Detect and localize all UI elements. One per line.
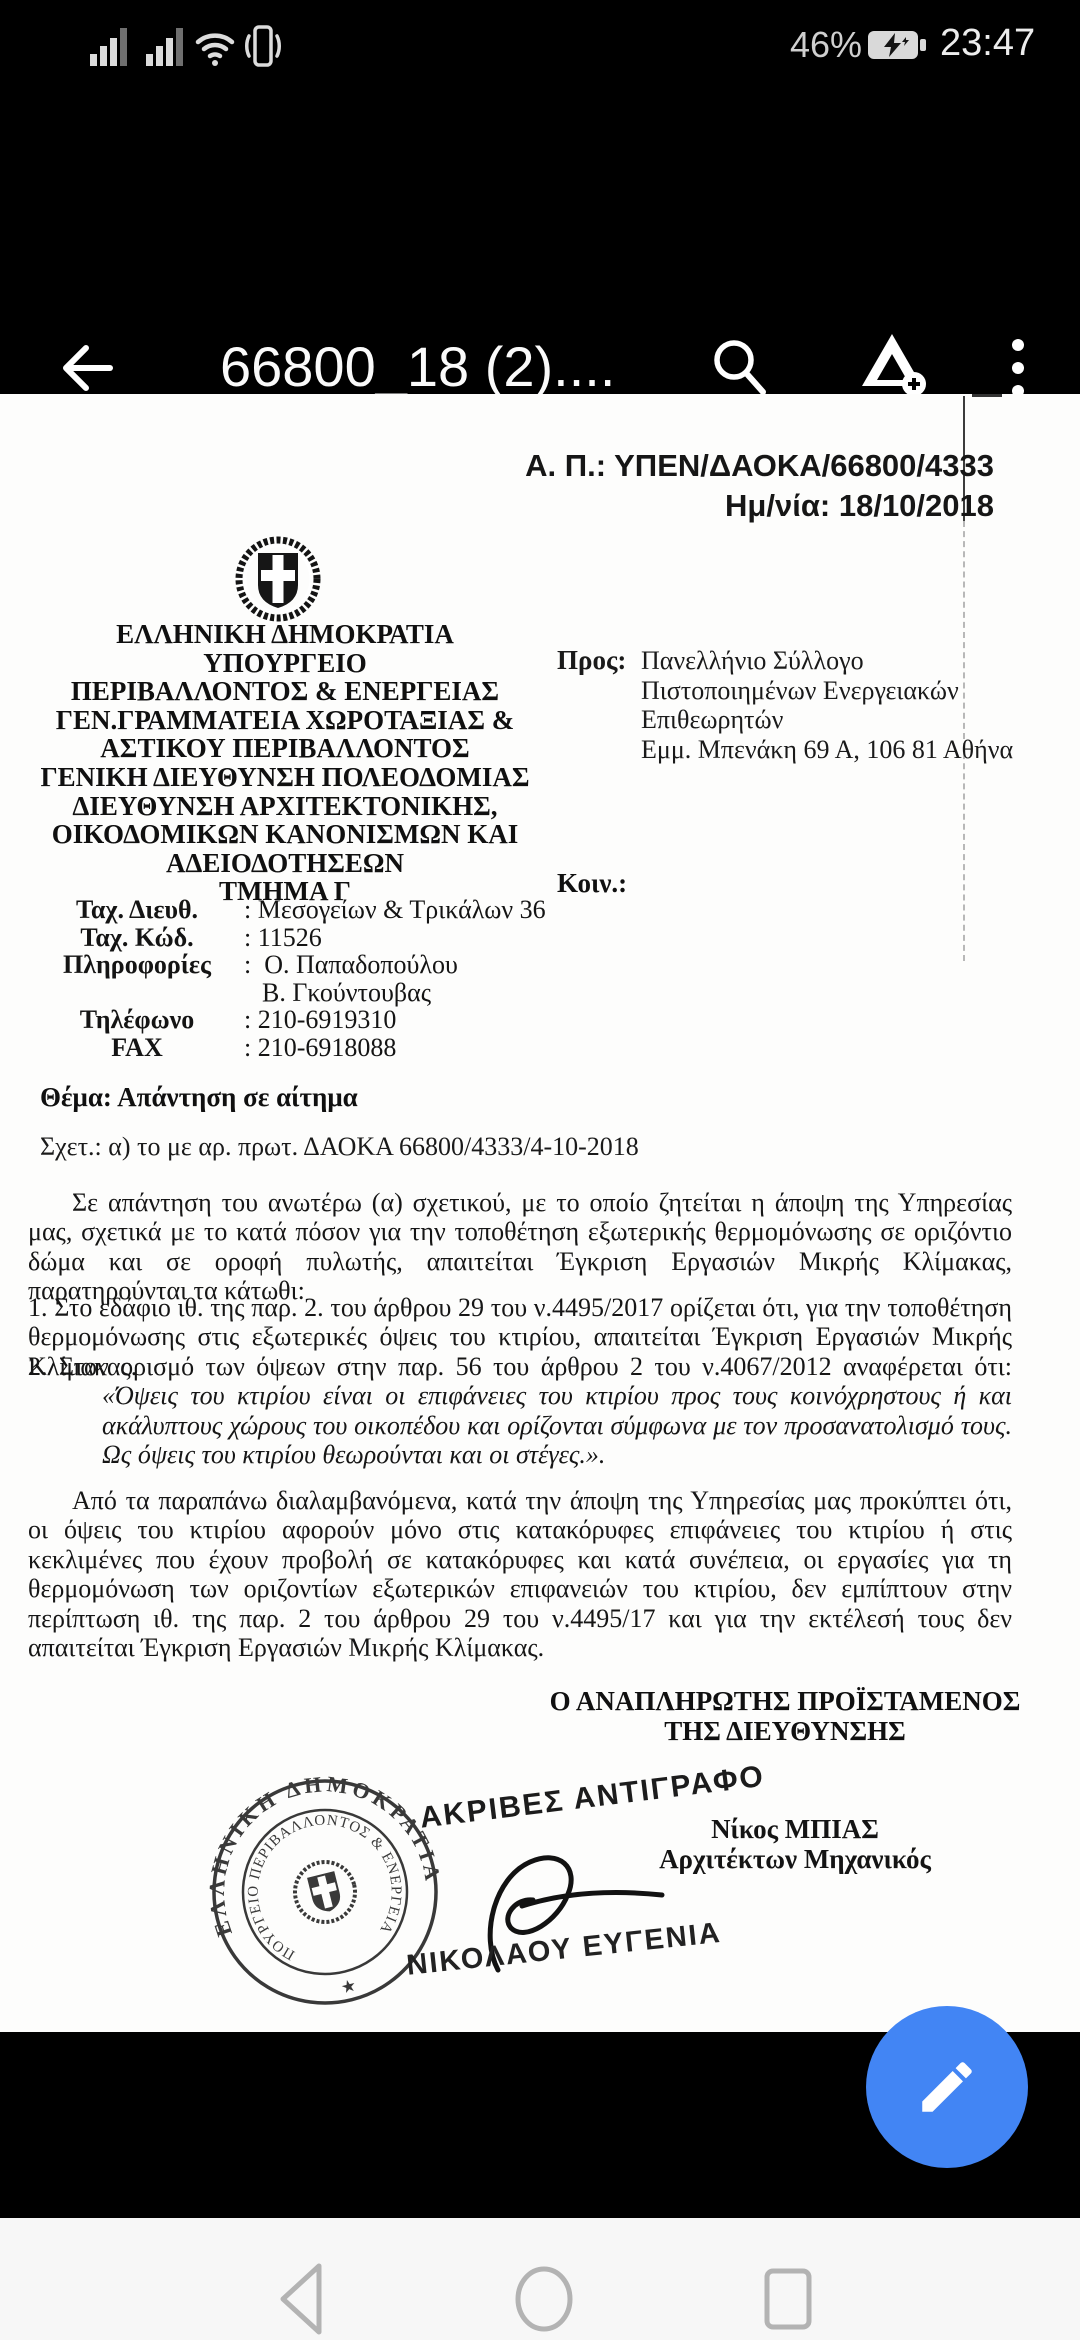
edit-fab-button[interactable] — [866, 2006, 1028, 2168]
letterhead-line: ΠΕΡΙΒΑΛΛΟΝΤΟΣ & ΕΝΕΡΓΕΙΑΣ — [15, 677, 555, 706]
ministry-letterhead: ΕΛΛΗΝΙΚΗ ΔΗΜΟΚΡΑΤΙΑ ΥΠΟΥΡΓΕΙΟ ΠΕΡΙΒΑΛΛΟΝ… — [15, 620, 555, 906]
contact-label: Ταχ. Διευθ. — [42, 896, 232, 924]
list-item-2-intro: 2. Στον ορισμό των όψεων στην παρ. 56 το… — [28, 1352, 1012, 1381]
battery-percent: 46% — [790, 24, 862, 66]
signer-title: Αρχιτέκτων Μηχανικός — [640, 1844, 950, 1874]
signal-bars-icon-2 — [146, 26, 186, 68]
protocol-block: Α. Π.: ΥΠΕΝ/ΔΑΟΚΑ/66800/4333 Ημ/νία: 18/… — [525, 446, 994, 526]
to-label: Προς: — [557, 646, 626, 676]
vibrate-icon — [242, 24, 284, 70]
battery-icon — [866, 28, 930, 64]
contact-label — [42, 979, 232, 1007]
greek-emblem-icon — [234, 532, 322, 626]
reference-line: Σχετ.: α) το με αρ. πρωτ. ΔΑΟΚΑ 66800/43… — [40, 1132, 639, 1162]
stamp-emblem-icon — [289, 1856, 362, 1929]
stamp-star: ★ — [339, 1976, 358, 1998]
pdf-page[interactable]: Α. Π.: ΥΠΕΝ/ΔΑΟΚΑ/66800/4333 Ημ/νία: 18/… — [0, 394, 1080, 2032]
document-title: 66800_18 (2).... — [220, 334, 615, 399]
protocol-date: Ημ/νία: 18/10/2018 — [525, 486, 994, 526]
contact-label: Πληροφορίες — [42, 951, 232, 979]
contact-value: : 210-6918088 — [232, 1034, 396, 1062]
letterhead-line: ΓΕΝΙΚΗ ΔΙΕΥΘΥΝΣΗ ΠΟΛΕΟΔΟΜΙΑΣ — [15, 763, 555, 792]
list-item-2-quote: «Όψεις του κτιρίου είναι οι επιφάνειες τ… — [102, 1381, 1012, 1469]
scan-artifact-tick — [972, 394, 1002, 397]
pencil-icon — [914, 2054, 980, 2120]
cc-label: Κοιν.: — [557, 868, 627, 899]
recipient-line: Πανελλήνιο Σύλλογο — [641, 646, 1013, 676]
signer-block: Νίκος ΜΠΙΑΣ Αρχιτέκτων Μηχανικός — [640, 1814, 950, 1874]
wifi-icon — [194, 26, 238, 68]
protocol-number: Α. Π.: ΥΠΕΝ/ΔΑΟΚΑ/66800/4333 — [525, 446, 994, 486]
subject-line: Θέμα: Απάντηση σε αίτημα — [40, 1082, 358, 1113]
stamp-ring-text: ΕΛΛΗΝΙΚΗ ΔΗΜΟΚΡΑΤΙΑ — [178, 1749, 447, 1940]
overflow-menu-icon[interactable] — [1006, 336, 1030, 400]
contact-value: Β. Γκούντουβας — [232, 979, 431, 1007]
contact-value: : 210-6919310 — [232, 1006, 396, 1034]
phone-screen: 46% 23:47 66800_18 (2).... — [0, 0, 1080, 2340]
svg-text:ΕΛΛΗΝΙΚΗ ΔΗΜΟΚΡΑΤΙΑ: ΕΛΛΗΝΙΚΗ ΔΗΜΟΚΡΑΤΙΑ — [178, 1749, 447, 1940]
letterhead-line: ΥΠΟΥΡΓΕΙΟ — [15, 649, 555, 678]
recipient-line: Εμμ. Μπενάκη 69 Α, 106 81 Αθήνα — [641, 735, 1013, 765]
signoff-block: Ο ΑΝΑΠΛΗΡΩΤΗΣ ΠΡΟΪΣΤΑΜΕΝΟΣ ΤΗΣ ΔΙΕΥΘΥΝΣΗ… — [510, 1686, 1060, 1746]
recipient-line: Επιθεωρητών — [641, 705, 1013, 735]
signal-bars-icon-1 — [90, 26, 130, 68]
contact-value: : Μεσογείων & Τρικάλων 36 — [232, 896, 546, 924]
app-bar: 66800_18 (2).... — [0, 150, 1080, 290]
contact-label: Τηλέφωνο — [42, 1006, 232, 1034]
list-item-2: 2. Στον ορισμό των όψεων στην παρ. 56 το… — [28, 1352, 1012, 1470]
body-paragraph-2: Από τα παραπάνω διαλαμβανόμενα, κατά την… — [28, 1486, 1012, 1662]
search-icon[interactable] — [708, 334, 770, 398]
letterhead-line: ΑΔΕΙΟΔΟΤΗΣΕΩΝ — [15, 849, 555, 878]
add-to-drive-icon[interactable] — [858, 332, 930, 400]
letterhead-line: ΔΙΕΥΘΥΝΣΗ ΑΡΧΙΤΕΚΤΟΝΙΚΗΣ, — [15, 792, 555, 821]
official-round-stamp: ΕΛΛΗΝΙΚΗ ΔΗΜΟΚΡΑΤΙΑ ΥΠΟΥΡΓΕΙΟ ΠΕΡΙΒΑΛΛΟΝ… — [176, 1749, 475, 2035]
signoff-title: ΤΗΣ ΔΙΕΥΘΥΝΣΗΣ — [510, 1716, 1060, 1746]
recipient-line: Πιστοποιημένων Ενεργειακών — [641, 676, 1013, 706]
letterhead-line: ΓΕΝ.ΓΡΑΜΜΑΤΕΙΑ ΧΩΡΟΤΑΞΙΑΣ & — [15, 706, 555, 735]
body-paragraph-1: Σε απάντηση του ανωτέρω (α) σχετικού, με… — [28, 1188, 1012, 1306]
nav-back-button[interactable] — [277, 2262, 327, 2336]
nav-recents-button[interactable] — [764, 2268, 814, 2330]
contact-label: FAX — [42, 1034, 232, 1062]
contact-value: : Ο. Παπαδοπούλου — [232, 951, 458, 979]
letterhead-line: ΟΙΚΟΔΟΜΙΚΩΝ ΚΑΝΟΝΙΣΜΩΝ ΚΑΙ — [15, 820, 555, 849]
recipient-block: Προς: Πανελλήνιο Σύλλογο Πιστοποιημένων … — [557, 646, 1013, 764]
status-bar: 46% 23:47 — [0, 0, 1080, 100]
nav-home-button[interactable] — [514, 2266, 574, 2332]
letterhead-line: ΑΣΤΙΚΟΥ ΠΕΡΙΒΑΛΛΟΝΤΟΣ — [15, 734, 555, 763]
signer-name: Νίκος ΜΠΙΑΣ — [640, 1814, 950, 1844]
contact-value: : 11526 — [232, 924, 322, 952]
android-nav-bar — [0, 2218, 1080, 2340]
signoff-title: Ο ΑΝΑΠΛΗΡΩΤΗΣ ΠΡΟΪΣΤΑΜΕΝΟΣ — [510, 1686, 1060, 1716]
back-arrow-icon[interactable] — [56, 338, 118, 398]
letterhead-line: ΕΛΛΗΝΙΚΗ ΔΗΜΟΚΡΑΤΙΑ — [15, 620, 555, 649]
clock-time: 23:47 — [940, 22, 1035, 65]
contact-block: Ταχ. Διευθ.: Μεσογείων & Τρικάλων 36 Ταχ… — [42, 896, 546, 1062]
contact-label: Ταχ. Κώδ. — [42, 924, 232, 952]
